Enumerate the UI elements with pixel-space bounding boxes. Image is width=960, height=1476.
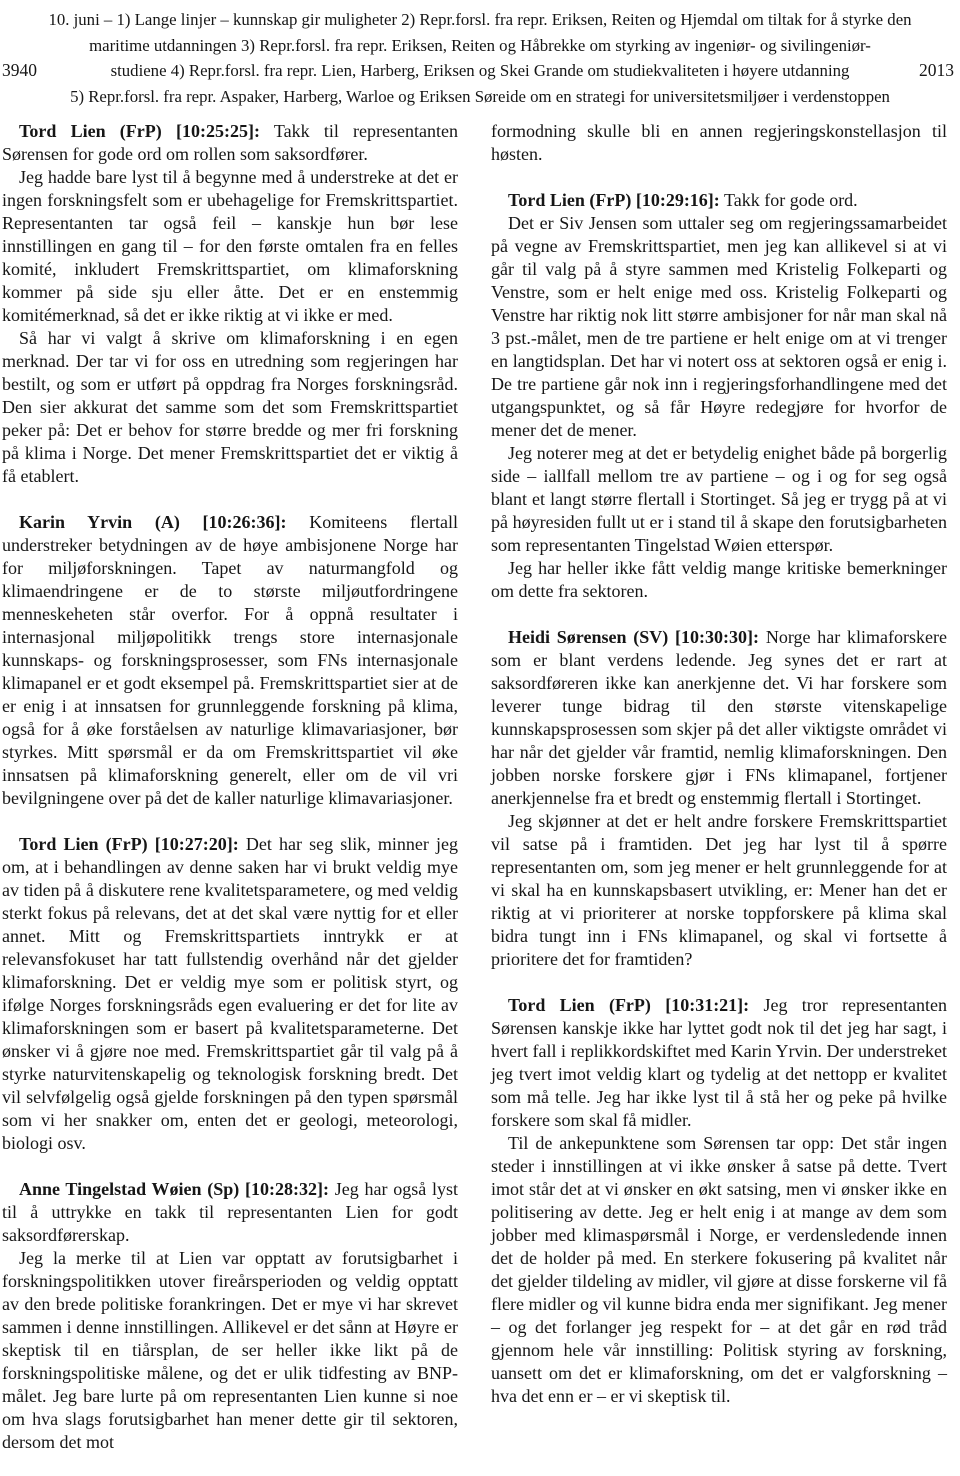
header-year: 2013 [919, 58, 954, 84]
body-paragraph: Til de ankepunktene som Sørensen tar opp… [491, 1132, 947, 1408]
speech-paragraph: Tord Lien (FrP) [10:31:21]: Jeg tror rep… [491, 994, 947, 1132]
speaker-label: Tord Lien (FrP) [10:31:21]: [508, 995, 749, 1015]
body-paragraph: Så har vi valgt å skrive om klimaforskni… [2, 327, 458, 488]
header-line: 10. juni – 1) Lange linjer – kunnskap gi… [0, 7, 960, 33]
speaker-label: Anne Tingelstad Wøien (Sp) [10:28:32]: [19, 1179, 329, 1199]
right-column: formodning skulle bli en annen regjering… [491, 120, 947, 1454]
page-number: 3940 [2, 58, 37, 84]
body-paragraph: Jeg hadde bare lyst til å begynne med å … [2, 166, 458, 327]
speaker-label: Tord Lien (FrP) [10:27:20]: [19, 834, 239, 854]
speech-paragraph: Tord Lien (FrP) [10:27:20]: Det har seg … [2, 833, 458, 1155]
speaker-label: Tord Lien (FrP) [10:29:16]: [508, 190, 720, 210]
header-line: maritime utdanningen 3) Repr.forsl. fra … [0, 33, 960, 59]
speech-paragraph: Tord Lien (FrP) [10:29:16]: Takk for god… [491, 189, 947, 212]
body-paragraph: Jeg skjønner at det er helt andre forske… [491, 810, 947, 971]
body-paragraph: Jeg la merke til at Lien var opptatt av … [2, 1247, 458, 1454]
speech-paragraph: Anne Tingelstad Wøien (Sp) [10:28:32]: J… [2, 1178, 458, 1247]
speech-paragraph: Karin Yrvin (A) [10:26:36]: Komiteens fl… [2, 511, 458, 810]
speaker-label: Karin Yrvin (A) [10:26:36]: [19, 512, 287, 532]
header-line: 5) Repr.forsl. fra repr. Aspaker, Harber… [0, 84, 960, 110]
speech-paragraph: Tord Lien (FrP) [10:25:25]: Takk til rep… [2, 120, 458, 166]
speaker-label: Tord Lien (FrP) [10:25:25]: [19, 121, 260, 141]
document-body: Tord Lien (FrP) [10:25:25]: Takk til rep… [0, 120, 960, 1454]
body-paragraph: formodning skulle bli en annen regjering… [491, 120, 947, 166]
body-paragraph: Jeg har heller ikke fått veldig mange kr… [491, 557, 947, 603]
left-column: Tord Lien (FrP) [10:25:25]: Takk til rep… [2, 120, 458, 1454]
proceedings-page: 3940 2013 10. juni – 1) Lange linjer – k… [0, 0, 960, 1476]
body-paragraph: Jeg noterer meg at det er betydelig enig… [491, 442, 947, 557]
speech-paragraph: Heidi Sørensen (SV) [10:30:30]: Norge ha… [491, 626, 947, 810]
body-paragraph: Det er Siv Jensen som uttaler seg om reg… [491, 212, 947, 442]
speaker-label: Heidi Sørensen (SV) [10:30:30]: [508, 627, 759, 647]
header-title: 10. juni – 1) Lange linjer – kunnskap gi… [0, 7, 960, 109]
header-line: studiene 4) Repr.forsl. fra repr. Lien, … [0, 58, 960, 84]
page-header: 3940 2013 10. juni – 1) Lange linjer – k… [0, 0, 960, 109]
